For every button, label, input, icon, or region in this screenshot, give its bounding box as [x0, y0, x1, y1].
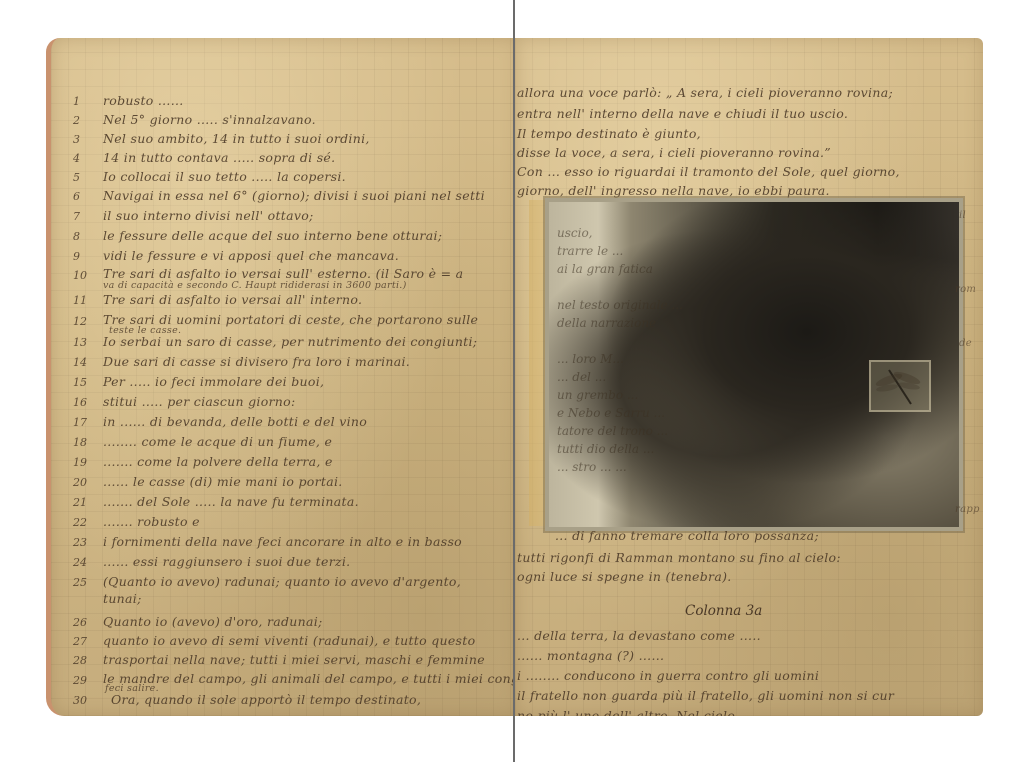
overlay-text: trarre le ...: [557, 244, 623, 258]
handwritten-line: Due sari di casse si divisero fra loro i…: [103, 354, 410, 369]
handwritten-line: allora una voce parlò: „ A sera, i cieli…: [517, 85, 893, 100]
line-number: 1: [73, 95, 80, 108]
line-number: 6: [73, 190, 80, 203]
line-number: 15: [73, 376, 87, 389]
handwritten-line: ...... montagna (?) ......: [517, 648, 664, 663]
margin-fragment: de: [959, 338, 972, 349]
overlay-text: ai la gran fatica: [557, 262, 653, 276]
handwritten-line: Tre sari di asfalto io versai sull' este…: [103, 266, 463, 281]
line-number: 29: [73, 674, 87, 687]
handwritten-line: ....... del Sole ..... la nave fu termin…: [103, 494, 359, 509]
handwritten-line: ... della terra, la devastano come .....: [517, 628, 761, 643]
margin-fragment: rom: [955, 284, 976, 295]
line-number: 10: [73, 269, 87, 282]
handwritten-line: le mandre del campo, gli animali del cam…: [103, 671, 519, 686]
handwritten-line: stitui ..... per ciascun giorno:: [103, 394, 296, 409]
spine-divider-line: [513, 0, 515, 762]
handwritten-line: trasportai nella nave; tutti i miei serv…: [103, 652, 485, 667]
handwritten-line: 14 in tutto contava ..... sopra di sé.: [103, 150, 335, 165]
handwritten-note: va di capacità e secondo C. Haupt ridide…: [103, 280, 407, 291]
line-number: 8: [73, 230, 80, 243]
line-number: 3: [73, 133, 80, 146]
handwritten-line: Nel suo ambito, 14 in tutto i suoi ordin…: [103, 131, 370, 146]
handwritten-line: i fornimenti della nave feci ancorare in…: [103, 534, 462, 549]
line-number: 24: [73, 556, 87, 569]
handwritten-line: ...... le casse (di) mie mani io portai.: [103, 474, 343, 489]
handwritten-line: il suo interno divisi nell' ottavo;: [103, 208, 314, 223]
line-number: 2: [73, 114, 80, 127]
line-number: 27: [73, 635, 87, 648]
right-notebook-page: allora una voce parlò: „ A sera, i cieli…: [515, 38, 983, 716]
line-number: 7: [73, 210, 80, 223]
line-number: 11: [73, 294, 87, 307]
handwritten-line: ........ come le acque di un fiume, e: [103, 434, 332, 449]
left-notebook-page: 1 robusto ...... 2 Nel 5° giorno ..... s…: [46, 38, 519, 716]
handwritten-line: ...... essi raggiunsero i suoi due terzi…: [103, 554, 350, 569]
line-number: 4: [73, 152, 80, 165]
dragonfly-icon: [871, 362, 929, 410]
pasted-photograph: uscio, trarre le ... ai la gran fatica n…: [545, 198, 963, 531]
margin-fragment: rapp: [955, 504, 980, 515]
handwritten-line: ....... robusto e: [103, 514, 200, 529]
handwritten-line: in ...... di bevanda, delle botti e del …: [103, 414, 367, 429]
line-number: 9: [73, 250, 80, 263]
line-number: 28: [73, 654, 87, 667]
line-number: 14: [73, 356, 87, 369]
handwritten-line: Tre sari di asfalto io versai all' inter…: [103, 292, 362, 307]
handwritten-line: quanto io avevo di semi viventi (radunai…: [103, 633, 475, 648]
overlay-text: ... loro M...: [557, 352, 624, 366]
overlay-text: un grembo ...: [557, 388, 638, 402]
handwritten-line: ....... come la polvere della terra, e: [103, 454, 333, 469]
overlay-text: ... stro ... ...: [557, 460, 627, 474]
overlay-text: tatore del trono ...: [557, 424, 668, 438]
line-number: 26: [73, 616, 87, 629]
handwritten-line: il fratello non guarda più il fratello, …: [517, 688, 894, 703]
overlay-text: uscio,: [557, 226, 592, 240]
line-number: 21: [73, 496, 87, 509]
line-number: 5: [73, 171, 80, 184]
overlay-text: ... del ...: [557, 370, 606, 384]
column-heading: Colonna 3a: [685, 603, 762, 619]
margin-fragment: il: [959, 210, 966, 221]
overlay-text: della narrazione: [557, 316, 656, 330]
handwritten-line: no più l' uno dell' altro. Nel cielo: [517, 708, 735, 716]
line-number: 16: [73, 396, 87, 409]
line-number: 13: [73, 336, 87, 349]
overlay-text: e Nebo e Sarru ...: [557, 406, 665, 420]
handwritten-line: le fessure delle acque del suo interno b…: [103, 228, 442, 243]
handwritten-line: vidi le fessure e vi apposi quel che man…: [103, 248, 399, 263]
line-number: 30: [73, 694, 87, 707]
line-number: 25: [73, 576, 87, 589]
right-page-lines: allora una voce parlò: „ A sera, i cieli…: [515, 38, 983, 716]
line-number: 17: [73, 416, 87, 429]
line-number: 18: [73, 436, 87, 449]
handwritten-line: giorno, dell' ingresso nella nave, io eb…: [517, 183, 830, 198]
handwritten-line: ... di fanno tremare colla loro possanza…: [555, 528, 819, 543]
handwritten-line: Il tempo destinato è giunto,: [517, 126, 701, 141]
handwritten-line: ogni luce si spegne in (tenebra).: [517, 569, 732, 584]
line-number: 23: [73, 536, 87, 549]
line-number: 20: [73, 476, 87, 489]
handwritten-line: Con ... esso io riguardai il tramonto de…: [517, 164, 900, 179]
handwritten-line: entra nell' interno della nave e chiudi …: [517, 106, 848, 121]
line-number: 22: [73, 516, 87, 529]
handwritten-line: Nel 5° giorno ..... s'innalzavano.: [103, 112, 316, 127]
handwritten-line: Io serbai un saro di casse, per nutrimen…: [103, 334, 477, 349]
handwritten-line: disse la voce, a sera, i cieli pioverann…: [517, 145, 831, 160]
left-page-lines: 1 robusto ...... 2 Nel 5° giorno ..... s…: [51, 38, 519, 716]
handwritten-line: i ........ conducono in guerra contro gl…: [517, 668, 819, 683]
overlay-text: nel testo originale ...: [557, 298, 683, 312]
handwritten-line: Io collocai il suo tetto ..... la copers…: [103, 169, 346, 184]
handwritten-line: robusto ......: [103, 93, 184, 108]
framed-dragonfly: [869, 360, 931, 412]
handwritten-line: Navigai in essa nel 6° (giorno); divisi …: [103, 188, 485, 203]
line-number: 19: [73, 456, 87, 469]
handwritten-line: Quanto io (avevo) d'oro, radunai;: [103, 614, 323, 629]
overlay-text: tutti dio della ...: [557, 442, 654, 456]
handwritten-line: (Quanto io avevo) radunai; quanto io ave…: [103, 574, 461, 589]
handwritten-line: Per ..... io feci immolare dei buoi,: [103, 374, 324, 389]
handwritten-line: Ora, quando il sole apportò il tempo des…: [111, 692, 421, 707]
handwritten-note: tunai;: [103, 591, 142, 606]
handwritten-line: tutti rigonfi di Ramman montano su fino …: [517, 550, 841, 565]
line-number: 12: [73, 315, 87, 328]
